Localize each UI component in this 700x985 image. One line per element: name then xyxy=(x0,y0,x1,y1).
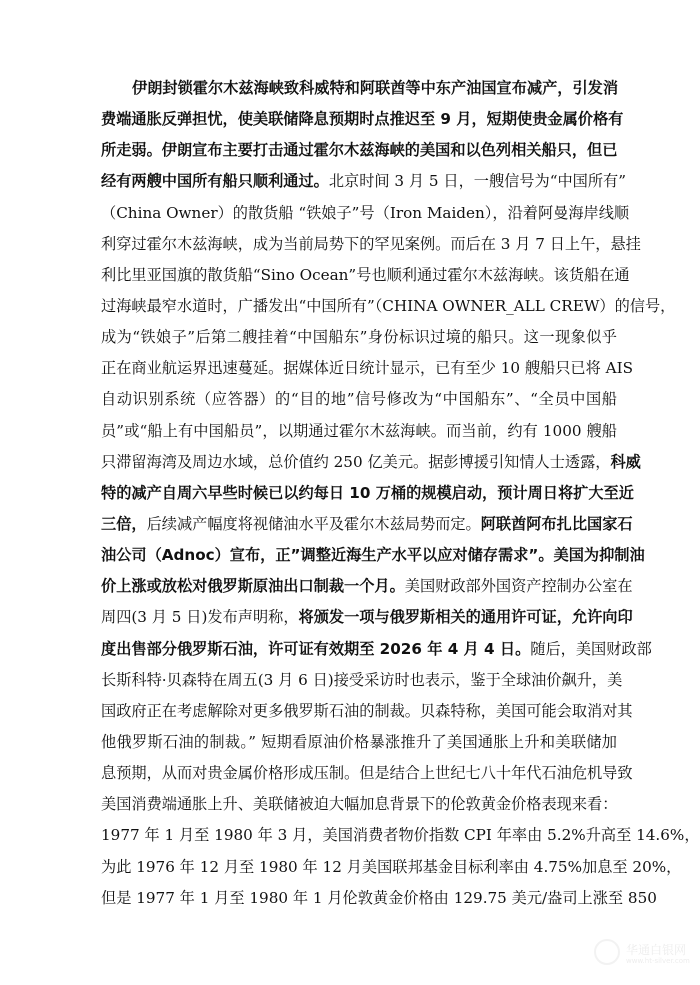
document-page: 伊朗封锁霍尔木兹海峡致科威特和阿联酋等中东产油国宣布减产，引发消费端通胀反弹担忧… xyxy=(0,0,700,985)
text-line: 长斯科特·贝森特在周五(3 月 6 日)接受采访时也表示，鉴于全球油价飙升，美 xyxy=(101,665,617,696)
text-line: 他俄罗斯石油的制裁。” 短期看原油价格暴涨推升了美国通胀上升和美联储加 xyxy=(101,727,617,758)
text-segment: 自动识别系统（应答器）的“目的地”信号修改为“中国船东”、“全员中国船 xyxy=(101,390,617,408)
text-segment: 他俄罗斯石油的制裁。” 短期看原油价格暴涨推升了美国通胀上升和美联储加 xyxy=(101,733,617,751)
text-segment: 利比里亚国旗的散货船“Sino Ocean”号也顺利通过霍尔木兹海峡。该货船在通 xyxy=(101,266,630,284)
text-line: 员”或“船上有中国船员”，以期通过霍尔木兹海峡。而当前，约有 1000 艘船 xyxy=(101,416,617,447)
text-line: 成为“铁娘子”后第二艘挂着“中国船东”身份标识过境的船只。这一现象似乎 xyxy=(101,322,617,353)
text-segment: 美国财政部外国资产控制办公室在 xyxy=(405,577,633,595)
text-line: 1977 年 1 月至 1980 年 3 月，美国消费者物价指数 CPI 年率由… xyxy=(101,820,617,851)
text-segment: 息预期，从而对贵金属价格形成压制。但是结合上世纪七八十年代石油危机导致 xyxy=(101,764,633,782)
watermark-text: 华通白银网 xyxy=(626,941,686,958)
text-segment: 过海峡最窄水道时，广播发出“中国所有”（CHINA OWNER_ALL CREW… xyxy=(101,297,675,315)
text-line: 度出售部分俄罗斯石油，许可证有效期至 2026 年 4 月 4 日。随后，美国财… xyxy=(101,634,617,665)
text-segment: 周四(3 月 5 日)发布声明称， xyxy=(101,608,299,626)
watermark: 华通白银网 www.ht-silver.com xyxy=(590,935,700,975)
bold-text-segment: 将颁发一项与俄罗斯相关的通用许可证，允许向印 xyxy=(299,608,633,626)
text-line: 特的减产自周六早些时候已以约每日 10 万桶的规模启动，预计周日将扩大至近 xyxy=(101,478,617,509)
text-line: 美国消费端通胀上升、美联储被迫大幅加息背景下的伦敦黄金价格表现来看： xyxy=(101,789,617,820)
article-paragraph: 伊朗封锁霍尔木兹海峡致科威特和阿联酋等中东产油国宣布减产，引发消费端通胀反弹担忧… xyxy=(101,73,617,914)
text-line: 费端通胀反弹担忧，使美联储降息预期时点推迟至 9 月，短期使贵金属价格有 xyxy=(101,104,617,135)
text-segment: 北京时间 3 月 5 日，一艘信号为“中国所有” xyxy=(329,172,626,190)
bold-text-segment: 伊朗封锁霍尔木兹海峡致科威特和阿联酋等中东产油国宣布减产，引发消 xyxy=(132,79,618,97)
bold-text-segment: 所走弱。伊朗宣布主要打击通过霍尔木兹海峡的美国和以色列相关船只，但已 xyxy=(101,141,617,159)
bold-text-segment: 三倍， xyxy=(101,515,147,533)
text-line: 所走弱。伊朗宣布主要打击通过霍尔木兹海峡的美国和以色列相关船只，但已 xyxy=(101,135,617,166)
text-segment: 只滞留海湾及周边水域，总价值约 250 亿美元。据彭博援引知情人士透露， xyxy=(101,453,610,471)
text-line: 利穿过霍尔木兹海峡，成为当前局势下的罕见案例。而后在 3 月 7 日上午，悬挂 xyxy=(101,229,617,260)
bold-text-segment: 费端通胀反弹担忧，使美联储降息预期时点推迟至 9 月，短期使贵金属价格有 xyxy=(101,110,623,128)
text-line: 伊朗封锁霍尔木兹海峡致科威特和阿联酋等中东产油国宣布减产，引发消 xyxy=(101,73,617,104)
bold-text-segment: 阿联酋阿布扎比国家石 xyxy=(481,515,633,533)
text-segment: 正在商业航运界迅速蔓延。据媒体近日统计显示，已有至少 10 艘船只已将 AIS xyxy=(101,359,633,377)
bold-text-segment: 经有两艘中国所有船只顺利通过。 xyxy=(101,172,329,190)
bold-text-segment: 度出售部分俄罗斯石油，许可证有效期至 2026 年 4 月 4 日。 xyxy=(101,640,530,658)
text-line: 三倍，后续减产幅度将视储油水平及霍尔木兹局势而定。阿联酋阿布扎比国家石 xyxy=(101,509,617,540)
watermark-subtext: www.ht-silver.com xyxy=(626,957,690,965)
text-line: 过海峡最窄水道时，广播发出“中国所有”（CHINA OWNER_ALL CREW… xyxy=(101,291,617,322)
text-line: 国政府正在考虑解除对更多俄罗斯石油的制裁。贝森特称，美国可能会取消对其 xyxy=(101,696,617,727)
text-line: 息预期，从而对贵金属价格形成压制。但是结合上世纪七八十年代石油危机导致 xyxy=(101,758,617,789)
text-segment: （China Owner）的散货船 “铁娘子”号（Iron Maiden），沿着… xyxy=(101,204,629,222)
text-line: 为此 1976 年 12 月至 1980 年 12 月美国联邦基金目标利率由 4… xyxy=(101,852,617,883)
text-line: 油公司（Adnoc）宣布，正”调整近海生产水平以应对储存需求”。美国为抑制油 xyxy=(101,540,617,571)
text-line: 自动识别系统（应答器）的“目的地”信号修改为“中国船东”、“全员中国船 xyxy=(101,384,617,415)
text-segment: 美国消费端通胀上升、美联储被迫大幅加息背景下的伦敦黄金价格表现来看： xyxy=(101,795,617,813)
text-segment: 成为“铁娘子”后第二艘挂着“中国船东”身份标识过境的船只。这一现象似乎 xyxy=(101,328,617,346)
text-line: 正在商业航运界迅速蔓延。据媒体近日统计显示，已有至少 10 艘船只已将 AIS xyxy=(101,353,617,384)
bold-text-segment: 特的减产自周六早些时候已以约每日 10 万桶的规模启动，预计周日将扩大至近 xyxy=(101,484,634,502)
text-segment: 员”或“船上有中国船员”，以期通过霍尔木兹海峡。而当前，约有 1000 艘船 xyxy=(101,422,617,440)
text-line: 只滞留海湾及周边水域，总价值约 250 亿美元。据彭博援引知情人士透露，科威 xyxy=(101,447,617,478)
text-line: 价上涨或放松对俄罗斯原油出口制裁一个月。美国财政部外国资产控制办公室在 xyxy=(101,571,617,602)
text-segment: 国政府正在考虑解除对更多俄罗斯石油的制裁。贝森特称，美国可能会取消对其 xyxy=(101,702,633,720)
text-segment: 为此 1976 年 12 月至 1980 年 12 月美国联邦基金目标利率由 4… xyxy=(101,858,681,876)
text-segment: 后续减产幅度将视储油水平及霍尔木兹局势而定。 xyxy=(147,515,481,533)
text-line: 利比里亚国旗的散货船“Sino Ocean”号也顺利通过霍尔木兹海峡。该货船在通 xyxy=(101,260,617,291)
bold-text-segment: 科威 xyxy=(610,453,640,471)
bold-text-segment: 价上涨或放松对俄罗斯原油出口制裁一个月。 xyxy=(101,577,405,595)
text-segment: 1977 年 1 月至 1980 年 3 月，美国消费者物价指数 CPI 年率由… xyxy=(101,826,700,844)
text-line: 但是 1977 年 1 月至 1980 年 1 月伦敦黄金价格由 129.75 … xyxy=(101,883,617,914)
logo-icon xyxy=(594,939,620,965)
text-segment: 利穿过霍尔木兹海峡，成为当前局势下的罕见案例。而后在 3 月 7 日上午，悬挂 xyxy=(101,235,641,253)
text-segment: 长斯科特·贝森特在周五(3 月 6 日)接受采访时也表示，鉴于全球油价飙升，美 xyxy=(101,671,622,689)
text-segment: 但是 1977 年 1 月至 1980 年 1 月伦敦黄金价格由 129.75 … xyxy=(101,889,657,907)
text-line: 周四(3 月 5 日)发布声明称，将颁发一项与俄罗斯相关的通用许可证，允许向印 xyxy=(101,602,617,633)
text-segment: 随后，美国财政部 xyxy=(530,640,652,658)
bold-text-segment: 油公司（Adnoc）宣布，正”调整近海生产水平以应对储存需求”。美国为抑制油 xyxy=(101,546,645,564)
text-line: 经有两艘中国所有船只顺利通过。北京时间 3 月 5 日，一艘信号为“中国所有” xyxy=(101,166,617,197)
text-line: （China Owner）的散货船 “铁娘子”号（Iron Maiden），沿着… xyxy=(101,198,617,229)
